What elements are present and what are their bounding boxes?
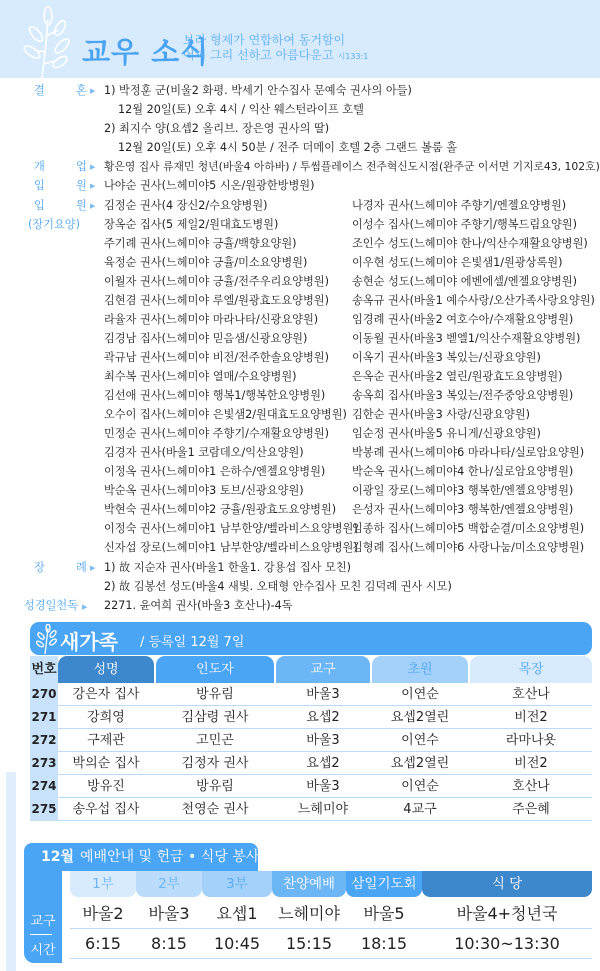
column-header-field: 초원 — [372, 656, 468, 683]
opening-text: 황은영 집사 류재민 청년(바울4 아하바) / 투썸플레이스 전주혁신도시점(… — [104, 158, 600, 176]
longterm-item: 박봉례 권사(느헤미야6 마라나타/실로암요양원) — [352, 444, 584, 462]
longterm-item: 임종하 집사(느헤미야5 백합순결/미소요양병원) — [352, 520, 584, 538]
verse-line-1: 보라 형제가 연합하여 동거함이 — [183, 33, 368, 48]
longterm-item: 주기례 권사(느헤미야 긍휼/백향요양원) — [104, 235, 297, 253]
longterm-item: 송옥규 권사(바울1 예수사랑/오산가족사랑요양원) — [352, 292, 595, 310]
worship-header-1st: 1부 — [70, 871, 136, 897]
worship-district-row: 바울2 바울3 요셉1 느헤미야 바울5 바울4+청년국 — [70, 899, 592, 929]
bible-reading-label: 성경일천독▶ — [24, 597, 87, 616]
funeral-line: 2) 故 김봉선 성도(바울4 새빛. 오태형 안수집사 모친 김덕례 권사 시… — [104, 578, 452, 596]
longterm-item: 박순옥 권사(느헤미야3 토브/신광요양원) — [104, 482, 304, 500]
column-header-group: 목장 — [470, 656, 592, 683]
verse-reference: 시133:1 — [338, 52, 369, 61]
worship-schedule-title: 12월예배안내 및 헌금 • 식당 봉사위원 — [24, 843, 258, 871]
header-verse: 보라 형제가 연합하여 동거함이 어찌 그리 선하고 아름다운고시133:1 — [183, 33, 368, 64]
worship-header-2nd: 2부 — [136, 871, 202, 897]
longterm-item: 임순정 권사(바울5 유니게/신광요양원) — [352, 425, 541, 443]
column-header-district: 교구 — [276, 656, 370, 683]
new-family-banner: 새가족 / 등록일 12월 7일 — [30, 622, 592, 655]
new-family-title: 새가족 — [60, 626, 118, 655]
longterm-item: 김경남 집사(느헤미야 믿음샘/신광요양원) — [104, 330, 307, 348]
funeral-line: 1) 故 지순자 권사(바울1 한울1. 강용섭 집사 모친) — [104, 559, 351, 577]
worship-header-praise: 찬양예배 — [272, 871, 346, 897]
longterm-item: 김한순 권사(바울3 사랑/신광요양원) — [352, 406, 530, 424]
table-row: 274 방유진 방유림 바울3 이연순 호산나 — [30, 775, 592, 798]
wedding-line: 1) 박정훈 군(비울2 화평. 박세기 안수집사 문예숙 권사의 아들) — [104, 82, 412, 100]
longterm-item: 김형례 집사(느헤미야6 사랑나눔/미소요양병원) — [352, 539, 584, 557]
worship-time-row: 6:15 8:15 10:45 15:15 18:15 10:30~13:30 — [70, 929, 592, 959]
worship-header-3rd: 3부 — [202, 871, 272, 897]
longterm-item: 박현숙 권사(느헤미야2 긍휼/원광효도요양병원) — [104, 501, 336, 519]
longterm-item: 김정순 권사(4 장신2/수요양병원) — [104, 197, 268, 215]
bible-reading-text: 2271. 윤여희 권사(바울3 호산나)-4독 — [104, 597, 293, 615]
page-header: 교우 소식 보라 형제가 연합하여 동거함이 어찌 그리 선하고 아름다운고시1… — [0, 0, 600, 78]
longterm-item: 신자섭 장로(느헤미야1 남부한양/벨라비스요양병원) — [104, 539, 358, 557]
longterm-item: 은옥순 권사(바울2 열린/원광효도요양병원) — [352, 368, 562, 386]
column-header-guide: 인도자 — [156, 656, 274, 683]
worship-row-labels: 교구 시간 — [24, 871, 62, 963]
longterm-item: 나경자 권사(느헤미야 주향기/엔젤요양병원) — [352, 197, 566, 215]
longterm-item: 장옥순 집사(5 제일2/원대효도병원) — [104, 216, 278, 234]
longterm-item: 이광일 장로(느헤미야3 행복한/엔젤요양병원) — [352, 482, 573, 500]
longterm-item: 송옥희 집사(바울3 복있는/전주중앙요양병원) — [352, 387, 573, 405]
longterm-item: 조인수 성도(느헤미야 한나/익산수재활요양병원) — [352, 235, 588, 253]
row-label-district: 교구 — [24, 910, 62, 929]
longterm-item: 박순옥 권사(느헤미야4 한나/실로암요양병원) — [352, 463, 573, 481]
worship-header-wednesday: 삼일기도회 — [346, 871, 422, 897]
worship-header-cafeteria: 식 당 — [422, 871, 592, 897]
longterm-item: 은성자 권사(느헤미야3 행복한/엔젤요양병원) — [352, 501, 573, 519]
longterm-item: 최수복 권사(느헤미야 열매/수요양병원) — [104, 368, 297, 386]
admission-text: 나야순 권사(느헤미야5 시온/원광한방병원) — [104, 177, 314, 195]
longterm-item: 임경례 권사(바울2 여호수아/수재활요양병원) — [352, 311, 573, 329]
longterm-item: 곽규남 권사(느헤미야 비전/전주한솔요양병원) — [104, 349, 329, 367]
wedding-line: 2) 최지수 양(요셉2 올리브. 장은영 권사의 딸) — [104, 120, 329, 138]
wedding-line: 12월 20일(토) 오후 4시 / 익산 웨스턴라이프 호텔 — [118, 101, 364, 119]
wedding-line: 12월 20일(토) 오후 4시 50분 / 전주 더메이 호텔 2층 그랜드 … — [118, 139, 457, 157]
longterm-item: 육정순 권사(느헤미야 긍휼/미소요양병원) — [104, 254, 307, 272]
longterm-item: 민정순 권사(느헤미야 주향기/수재활요양병원) — [104, 425, 329, 443]
longterm-item: 이월자 권사(느헤미야 긍휼/전주우리요양병원) — [104, 273, 329, 291]
new-family-subtitle: / 등록일 12월 7일 — [140, 631, 244, 650]
longterm-item: 이정숙 권사(느헤미야1 남부한양/벨라비스요양병원) — [104, 520, 358, 538]
side-decoration-strip — [6, 772, 16, 971]
table-row: 272 구제관 고민곤 바울3 이연수 라마나욧 — [30, 729, 592, 752]
verse-line-2: 어찌 그리 선하고 아름다운고 — [183, 48, 334, 62]
longterm-item: 이정옥 권사(느헤미야1 은하수/엔젤요양병원) — [104, 463, 325, 481]
longterm-item: 이성수 집사(느헤미야 주향기/행복드림요양원) — [352, 216, 577, 234]
longterm-item: 이우현 성도(느헤미야 은빛샘1/원광상록원) — [352, 254, 562, 272]
row-label-time: 시간 — [24, 939, 62, 958]
longterm-sublabel: (장기요양) — [28, 216, 90, 234]
leaf-branch-icon — [36, 624, 58, 654]
leaf-branch-icon — [22, 6, 74, 78]
table-row: 273 박의순 집사 김정자 권사 요셉2 요셉2열린 비전2 — [30, 752, 592, 775]
longterm-row: 입원▶ 김정순 권사(4 장신2/수요양병원) 나경자 권사(느헤미야 주향기/… — [0, 197, 600, 215]
table-row: 270 강은자 집사 방유림 바울3 이연순 호산나 — [30, 683, 592, 706]
longterm-item: 송현순 성도(느헤미야 에벤에셀/엔젤요양병원) — [352, 273, 577, 291]
longterm-item: 오수이 집사(느헤미야 은빛샘2/원대효도요양병원) — [104, 406, 347, 424]
longterm-item: 김경자 권사(바울1 코람데오/익산요양원) — [104, 444, 304, 462]
longterm-item: 이동월 권사(바울3 벧엘1/익산수재활요양병원) — [352, 330, 580, 348]
longterm-item: 이옥기 권사(바울3 복있는/신광요양원) — [352, 349, 541, 367]
table-row: 271 강희영 김삼령 권사 요셉2 요셉2열린 비전2 — [30, 706, 592, 729]
column-header-name: 성명 — [58, 656, 154, 683]
longterm-item: 김선애 권사(느헤미야 행복1/행복한요양병원) — [104, 387, 325, 405]
longterm-item: 김현겸 권사(느헤미야 루엘/원광효도요양병원) — [104, 292, 329, 310]
column-header-number: 번호 — [30, 656, 58, 683]
table-row: 275 송우섭 집사 천영순 권사 느헤미야 4교구 주은혜 — [30, 798, 592, 821]
longterm-item: 라율자 권사(느헤미야 마라나타/신광요양원) — [104, 311, 318, 329]
